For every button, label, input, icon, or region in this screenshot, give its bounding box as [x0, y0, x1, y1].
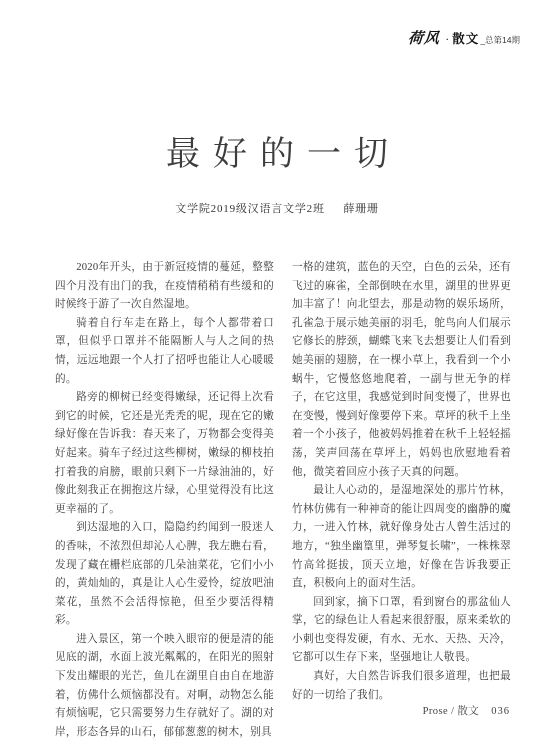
paragraph: 2020年开头，由于新冠疫情的蔓延，整整四个月没有出门的我，在疫情稍稍有些缓和的…	[55, 259, 274, 315]
author-affiliation: 文学院2019级汉语言文学2班	[175, 203, 325, 215]
column-left: 2020年开头，由于新冠疫情的蔓延，整整四个月没有出门的我，在疫情稍稍有些缓和的…	[55, 259, 274, 742]
page-number: 036	[491, 706, 510, 717]
footer-journal-en: Prose	[423, 706, 448, 717]
paragraph: 最让人心动的，是湿地深处的那片竹林，竹林仿佛有一种神奇的能让四周变的幽静的魔力，…	[292, 482, 511, 594]
paragraph: 到达湿地的入口，隐隐约约闻到一股迷人的香味，不浓烈但却沁人心脾，我左瞧右看，发现…	[55, 519, 274, 631]
paragraph: 真好，大自然告诉我们很多道理，也把最好的一切给了我们。	[292, 668, 511, 705]
journal-masthead: 荷风 · 散文 _总第14期	[408, 27, 520, 48]
page-footer: Prose / 散文 036	[423, 703, 510, 718]
paragraph: 骑着自行车走在路上，每个人都带着口罩，但似乎口罩并不能隔断人与人之间的热情，远远…	[55, 315, 274, 389]
magazine-page: 荷风 · 散文 _总第14期 最好的一切 文学院2019级汉语言文学2班 薛珊珊…	[0, 0, 554, 752]
article-body: 2020年开头，由于新冠疫情的蔓延，整整四个月没有出门的我，在疫情稍稍有些缓和的…	[55, 259, 511, 742]
paragraph: 进入景区，第一个映入眼帘的便是清的能见底的湖，水面上波光粼粼的，在阳光的照射下发…	[55, 631, 274, 743]
journal-issue-number: _总第14期	[480, 34, 520, 46]
article-title: 最好的一切	[0, 134, 554, 174]
column-right: 一格的建筑，蓝色的天空，白色的云朵，还有飞过的麻雀，全部倒映在水里，湖里的世界更…	[292, 259, 511, 742]
author-name: 薛珊珊	[343, 203, 378, 215]
journal-brand-logo: 荷风	[408, 27, 441, 48]
masthead-dot-separator: ·	[445, 32, 449, 47]
paragraph: 回到家，摘下口罩，看到窗台的那盆仙人掌，它的绿色让人看起来很舒服，原来柔软的小刺…	[292, 594, 511, 668]
paragraph: 路旁的柳树已经变得嫩绿，还记得上次看到它的时候，它还是光秃秃的呢，现在它的嫩绿好…	[55, 389, 274, 519]
article-byline: 文学院2019级汉语言文学2班 薛珊珊	[0, 200, 554, 216]
paragraph: 一格的建筑，蓝色的天空，白色的云朵，还有飞过的麻雀，全部倒映在水里，湖里的世界更…	[292, 259, 511, 482]
footer-journal-zh: 散文	[457, 706, 479, 717]
journal-section-label: 散文	[452, 29, 479, 47]
